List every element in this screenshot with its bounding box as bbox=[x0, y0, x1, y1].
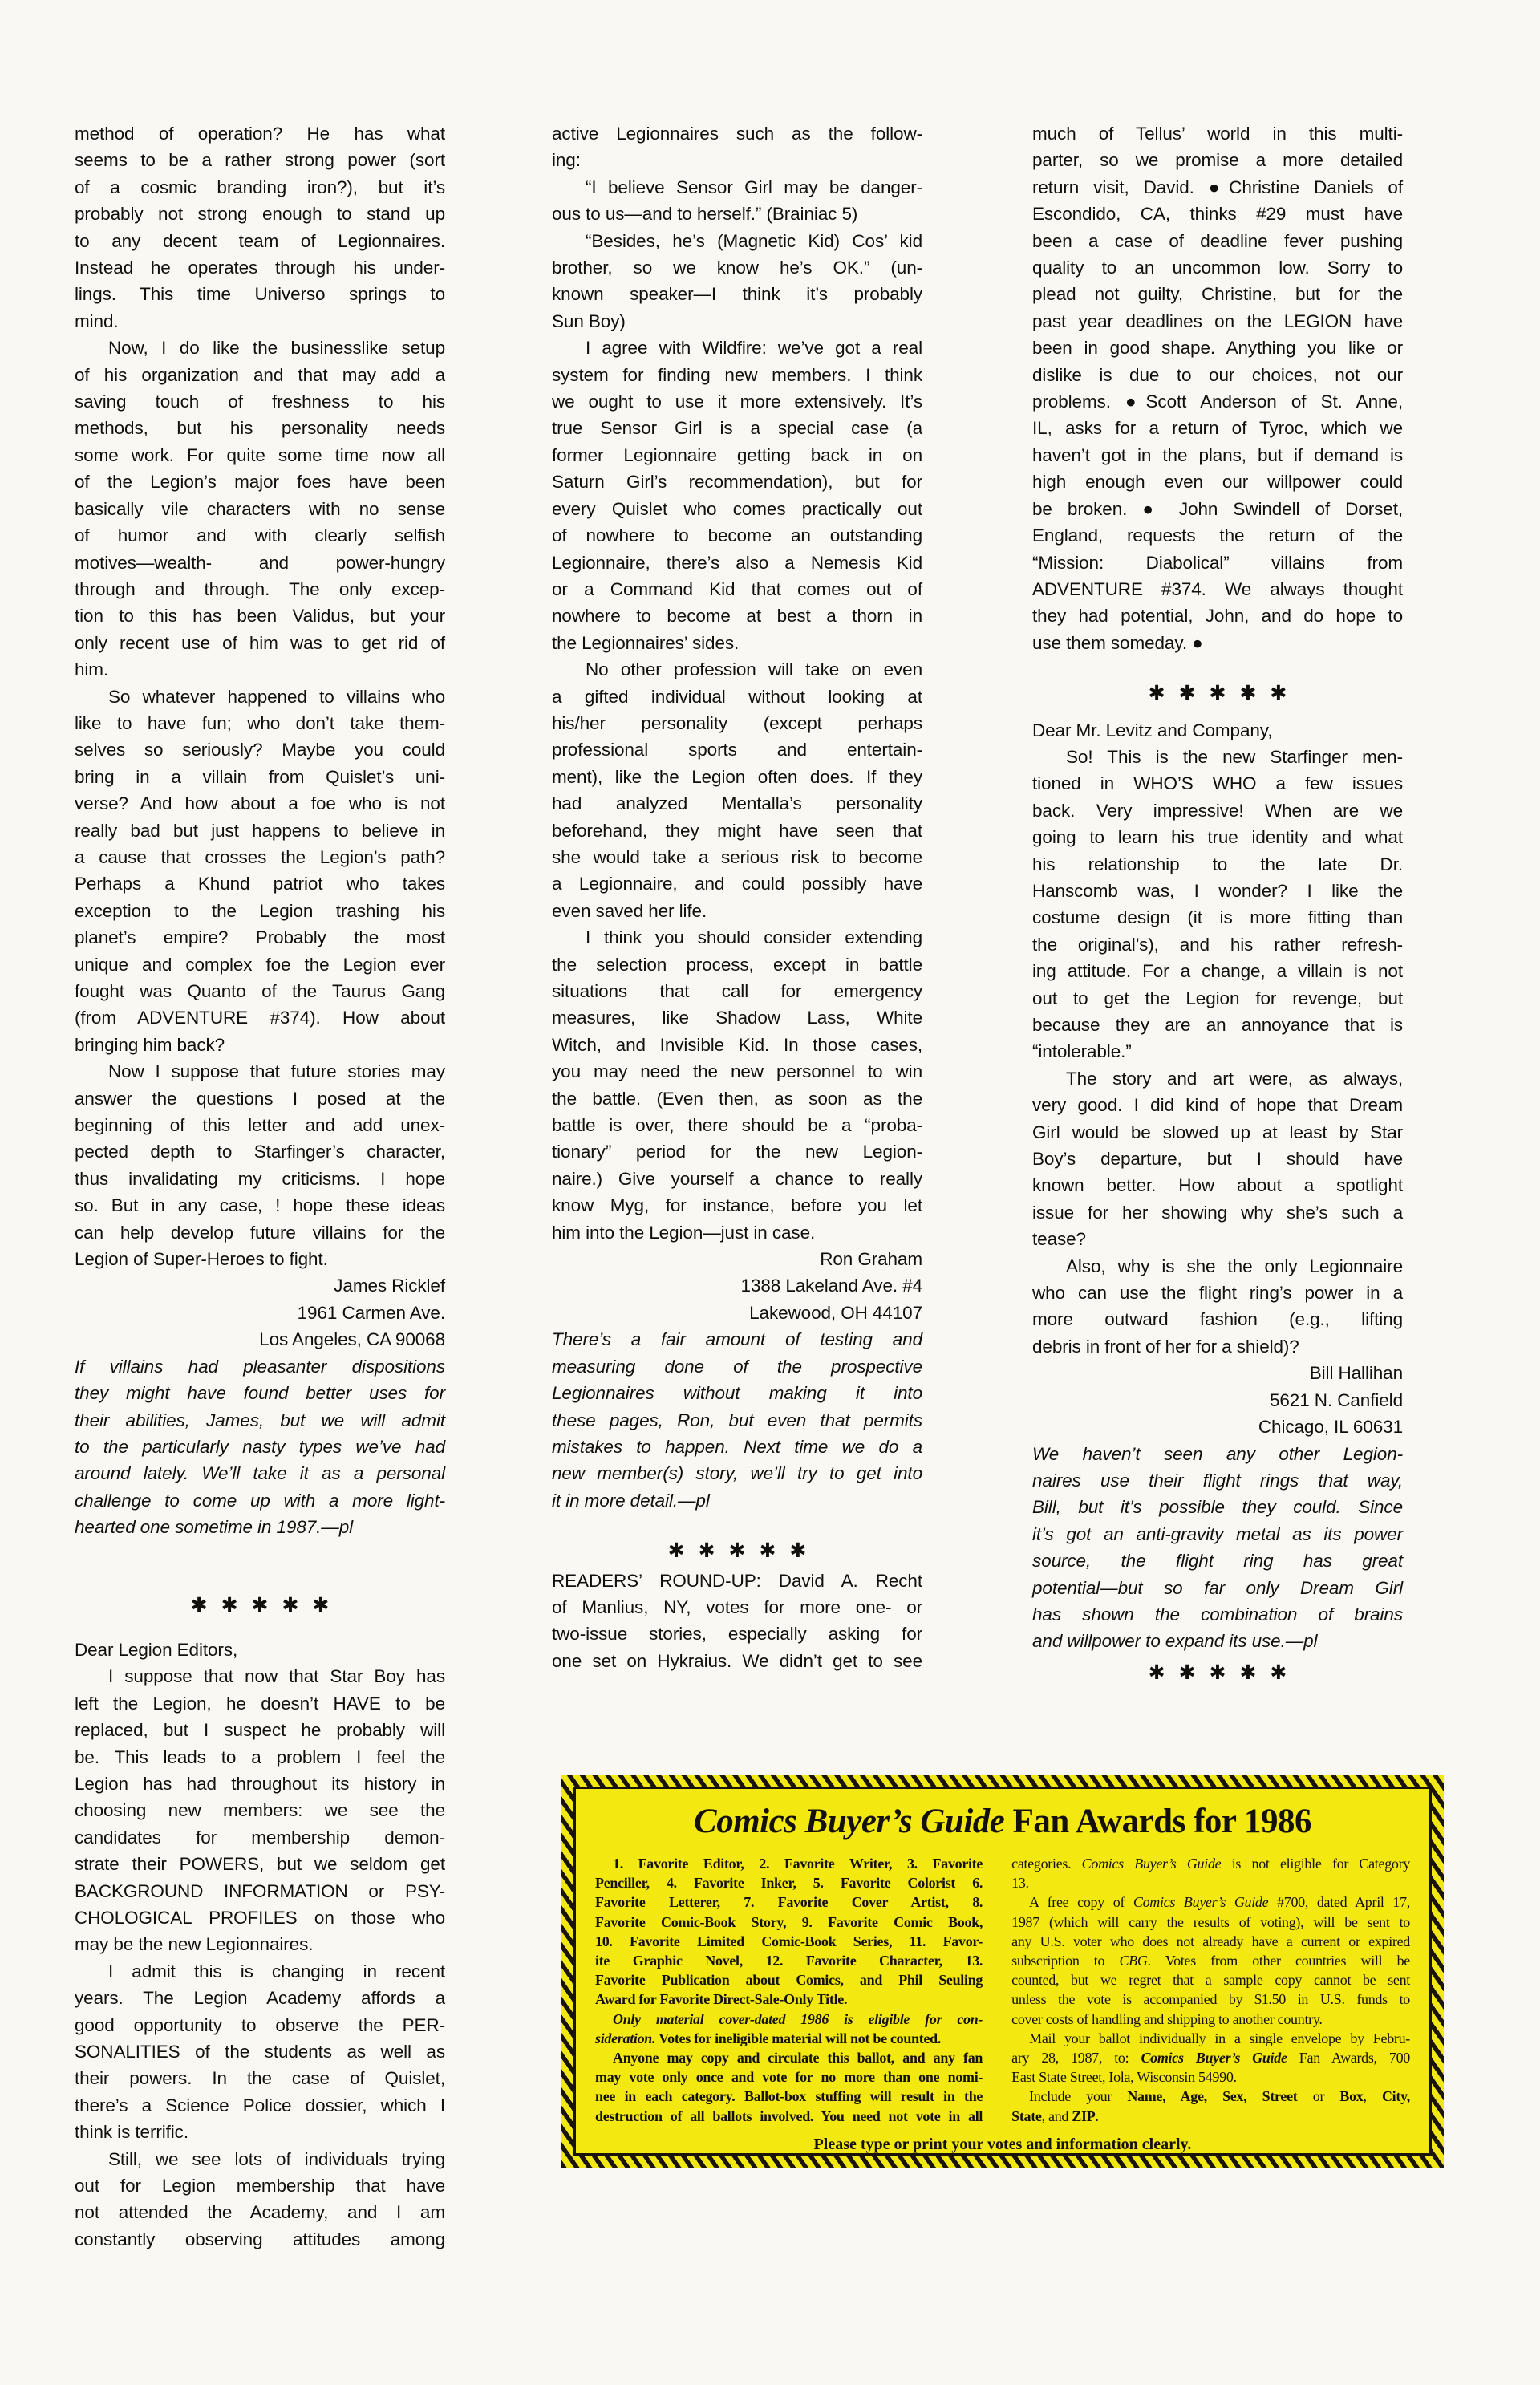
text-run: Fan Awards for 1986 bbox=[1004, 1803, 1311, 1840]
text-line: method of operation? He has what bbox=[75, 120, 445, 147]
text-line: past year deadlines on the LEGION have bbox=[1032, 308, 1403, 335]
text-line: I admit this is changing in recent bbox=[75, 1958, 445, 1985]
letter-paragraph: Now I suppose that future stories mayans… bbox=[75, 1058, 445, 1272]
text-line: methods, but his personality needs bbox=[75, 415, 445, 441]
text-line: may vote only once and vote for no more … bbox=[595, 2067, 983, 2087]
text-line: England, requests the return of the bbox=[1032, 522, 1403, 549]
text-line: ADVENTURE #374. We always thought bbox=[1032, 576, 1403, 602]
text-line: active Legionnaires such as the follow- bbox=[552, 120, 922, 147]
text-line: really bad but just happens to believe i… bbox=[75, 817, 445, 844]
text-line: READERS’ ROUND-UP: David A. Recht bbox=[552, 1568, 922, 1594]
text-line: 1987 (which will carry the results of vo… bbox=[1011, 1912, 1410, 1932]
text-line: CHOLOGICAL PROFILES on those who bbox=[75, 1904, 445, 1931]
text-line: sideration. Votes for ineligible materia… bbox=[595, 2029, 983, 2048]
text-line: saving touch of freshness to his bbox=[75, 388, 445, 415]
text-line: use them someday. ● bbox=[1032, 630, 1403, 656]
editor-reply: If villains had pleasanter dispositionst… bbox=[75, 1353, 445, 1541]
text-line: hearted one sometime in 1987.—pl bbox=[75, 1514, 445, 1540]
text-line: thus invalidating my criticisms. I hope bbox=[75, 1166, 445, 1192]
text-line: Saturn Girl’s recommendation), but for bbox=[552, 468, 922, 495]
text-line: 5621 N. Canfield bbox=[1032, 1387, 1403, 1414]
text-run: CBG bbox=[1119, 1953, 1147, 1969]
text-line: answer the questions I posed at the bbox=[75, 1085, 445, 1112]
text-line: may be the new Legionnaires. bbox=[75, 1931, 445, 1957]
text-line: had analyzed Mentalla’s personality bbox=[552, 790, 922, 817]
text-line: tionary” period for the new Legion- bbox=[552, 1138, 922, 1165]
text-line: “I believe Sensor Girl may be danger- bbox=[552, 174, 922, 201]
text-line: who can use the flight ring’s power in a bbox=[1032, 1280, 1403, 1306]
text-line: Include your Name, Age, Sex, Street or B… bbox=[1011, 2087, 1410, 2106]
text-line: any U.S. voter who does not already have… bbox=[1011, 1932, 1410, 1951]
text-line: ing attitude. For a change, a villain is… bbox=[1032, 958, 1403, 984]
text-line: every Quislet who comes practically out bbox=[552, 496, 922, 522]
text-line: So! This is the new Starfinger men- bbox=[1032, 744, 1403, 770]
text-line: out to get the Legion for revenge, but bbox=[1032, 985, 1403, 1012]
letter-paragraph: Also, why is she the only Legionnairewho… bbox=[1032, 1253, 1403, 1361]
spacer bbox=[75, 1619, 445, 1637]
text-line: much of Tellus’ world in this multi- bbox=[1032, 120, 1403, 147]
text-line: Hanscomb was, I wonder? I like the bbox=[1032, 878, 1403, 904]
spacer bbox=[1032, 708, 1403, 717]
text-line: I agree with Wildfire: we’ve got a real bbox=[552, 335, 922, 361]
text-line: bringing him back? bbox=[75, 1032, 445, 1058]
stars-separator: ✱✱✱✱✱ bbox=[1032, 1660, 1403, 1686]
text-line: one set on Hykraius. We didn’t get to se… bbox=[552, 1648, 922, 1674]
text-line: I suppose that now that Star Boy has bbox=[75, 1663, 445, 1689]
text-line: 1. Favorite Editor, 2. Favorite Writer, … bbox=[595, 1854, 983, 1873]
text-line: dislike is due to our choices, not our bbox=[1032, 362, 1403, 388]
spacer bbox=[1032, 656, 1403, 680]
text-run: Comics Buyer’s Guide bbox=[1141, 2050, 1287, 2066]
text-line: Penciller, 4. Favorite Inker, 5. Favorit… bbox=[595, 1873, 983, 1892]
letter-paragraph: Dear Mr. Levitz and Company, bbox=[1032, 717, 1403, 744]
text-line: it in more detail.—pl bbox=[552, 1487, 922, 1514]
text-line: Award for Favorite Direct-Sale-Only Titl… bbox=[595, 1990, 983, 2009]
text-line: very good. I did kind of hope that Dream bbox=[1032, 1092, 1403, 1118]
text-line: Favorite Comic-Book Story, 9. Favorite C… bbox=[595, 1912, 983, 1932]
text-line: quality to an uncommon low. Sorry to bbox=[1032, 254, 1403, 281]
text-line: there’s a Science Police dossier, which … bbox=[75, 2092, 445, 2119]
text-line: of humor and with clearly selfish bbox=[75, 522, 445, 549]
letter-paragraph: method of operation? He has whatseems to… bbox=[75, 120, 445, 335]
text-line: around lately. We’ll take it as a person… bbox=[75, 1460, 445, 1487]
text-line: professional sports and entertain- bbox=[552, 736, 922, 763]
text-run: , bbox=[1364, 2088, 1382, 2104]
text-line: the Legionnaires’ sides. bbox=[552, 630, 922, 656]
letters-column-3: much of Tellus’ world in this multi-part… bbox=[1032, 120, 1403, 1686]
text-line: Chicago, IL 60631 bbox=[1032, 1414, 1403, 1440]
text-line: Legionnaires without making it into bbox=[552, 1380, 922, 1406]
text-line: their abilities, James, but we will admi… bbox=[75, 1407, 445, 1434]
text-line: battle is over, there should be a “proba… bbox=[552, 1112, 922, 1138]
stars-separator: ✱✱✱✱✱ bbox=[1032, 680, 1403, 707]
text-line: new member(s) story, we’ll try to get in… bbox=[552, 1460, 922, 1487]
text-line: unique and complex foe the Legion ever bbox=[75, 951, 445, 978]
text-line: can help develop future villains for the bbox=[75, 1219, 445, 1246]
text-line: fought was Quanto of the Taurus Gang bbox=[75, 978, 445, 1004]
text-line: because they are an annoyance that is bbox=[1032, 1012, 1403, 1038]
text-line: Instead he operates through his under- bbox=[75, 254, 445, 281]
text-line: Perhaps a Khund patriot who takes bbox=[75, 870, 445, 897]
stars-separator: ✱✱✱✱✱ bbox=[552, 1538, 922, 1564]
letter-paragraph: So whatever happened to villains wholike… bbox=[75, 683, 445, 1059]
text-line: verse? And how about a foe who is not bbox=[75, 790, 445, 817]
text-run: . Votes from other countries will be bbox=[1148, 1953, 1410, 1969]
text-run: is not eligible for Category bbox=[1221, 1856, 1410, 1872]
signature-block: James Ricklef1961 Carmen Ave.Los Angeles… bbox=[75, 1272, 445, 1353]
text-line: a Legionnaire, and could possibly have bbox=[552, 870, 922, 897]
text-line: Bill, but it’s possible they could. Sinc… bbox=[1032, 1494, 1403, 1520]
text-line: Legionnaire, there’s also a Nemesis Kid bbox=[552, 550, 922, 576]
text-run: categories. bbox=[1011, 1856, 1082, 1872]
text-run: subscription to bbox=[1011, 1953, 1119, 1969]
text-line: his/her personality (except perhaps bbox=[552, 710, 922, 736]
text-line: be broken. ● John Swindell of Dorset, bbox=[1032, 496, 1403, 522]
text-line: some work. For quite some time now all bbox=[75, 442, 445, 468]
text-line: or a Command Kid that comes out of bbox=[552, 576, 922, 602]
text-line: planet’s empire? Probably the most bbox=[75, 924, 445, 951]
text-line: Girl would be slowed up at least by Star bbox=[1032, 1119, 1403, 1146]
text-line: 13. bbox=[1011, 1873, 1410, 1892]
letter-paragraph: READERS’ ROUND-UP: David A. Rechtof Manl… bbox=[552, 1568, 922, 1675]
letter-paragraph: Still, we see lots of individuals trying… bbox=[75, 2146, 445, 2253]
text-line: Bill Hallihan bbox=[1032, 1360, 1403, 1386]
text-line: it’s got an anti-gravity metal as its po… bbox=[1032, 1521, 1403, 1547]
text-run: Include your bbox=[1029, 2088, 1127, 2104]
editor-reply: There’s a fair amount of testing andmeas… bbox=[552, 1326, 922, 1514]
text-run: Comics Buyer’s Guide bbox=[694, 1803, 1004, 1840]
text-line: Sun Boy) bbox=[552, 308, 922, 335]
text-line: ing: bbox=[552, 147, 922, 173]
text-line: Los Angeles, CA 90068 bbox=[75, 1326, 445, 1353]
text-run: ary 28, 1987, to: bbox=[1011, 2050, 1141, 2066]
text-line: plead not guilty, Christine, but for the bbox=[1032, 281, 1403, 307]
text-line: IL, asks for a return of Tyroc, which we bbox=[1032, 415, 1403, 441]
text-line: BACKGROUND INFORMATION or PSY- bbox=[75, 1878, 445, 1904]
text-line: Still, we see lots of individuals trying bbox=[75, 2146, 445, 2172]
text-line: naire.) Give yourself a chance to really bbox=[552, 1166, 922, 1192]
text-line: ous to us—and to herself.” (Brainiac 5) bbox=[552, 201, 922, 227]
letter-paragraph: Dear Legion Editors, bbox=[75, 1637, 445, 1663]
text-line: think is terrific. bbox=[75, 2119, 445, 2145]
text-line: so. But in any case, ! hope these ideas bbox=[75, 1192, 445, 1219]
text-line: former Legionnaire getting back in on bbox=[552, 442, 922, 468]
letters-page: method of operation? He has whatseems to… bbox=[0, 0, 1540, 2385]
text-line: ment), like the Legion often does. If th… bbox=[552, 764, 922, 790]
text-run: ZIP bbox=[1072, 2108, 1095, 2124]
text-line: his relationship to the late Dr. bbox=[1032, 851, 1403, 878]
letter-paragraph: active Legionnaires such as the follow-i… bbox=[552, 120, 922, 174]
text-line: No other profession will take on even bbox=[552, 656, 922, 683]
text-line: mistakes to happen. Next time we do a bbox=[552, 1434, 922, 1460]
text-line: measuring done of the prospective bbox=[552, 1353, 922, 1380]
fan-awards-ad: Comics Buyer’s Guide Fan Awards for 1986… bbox=[561, 1775, 1444, 2168]
text-line: cover costs of handling and shipping to … bbox=[1011, 2010, 1410, 2029]
letter-paragraph: “I believe Sensor Girl may be danger-ous… bbox=[552, 174, 922, 228]
text-line: two-issue stories, especially asking for bbox=[552, 1620, 922, 1647]
text-line: Escondido, CA, thinks #29 must have bbox=[1032, 201, 1403, 227]
text-line: “Besides, he’s (Magnetic Kid) Cos’ kid bbox=[552, 228, 922, 254]
text-line: issue for her showing why she’s such a bbox=[1032, 1199, 1403, 1226]
text-line: known speaker—I think it’s probably bbox=[552, 281, 922, 307]
text-line: the selection process, except in battle bbox=[552, 951, 922, 978]
text-line: candidates for membership demon- bbox=[75, 1824, 445, 1851]
text-line: There’s a fair amount of testing and bbox=[552, 1326, 922, 1353]
text-line: unless the vote is accompanied by $1.50 … bbox=[1011, 1990, 1410, 2009]
ad-column-left: 1. Favorite Editor, 2. Favorite Writer, … bbox=[595, 1854, 983, 2126]
text-line: Also, why is she the only Legionnaire bbox=[1032, 1253, 1403, 1280]
text-line: Legion of Super-Heroes to fight. bbox=[75, 1246, 445, 1272]
text-line: categories. Comics Buyer’s Guide is not … bbox=[1011, 1854, 1410, 1873]
text-line: not attended the Academy, and I am bbox=[75, 2199, 445, 2225]
text-line: the battle. (Even then, as soon as the bbox=[552, 1085, 922, 1112]
text-run: #700, dated April 17, bbox=[1268, 1894, 1410, 1910]
text-line: 1388 Lakeland Ave. #4 bbox=[552, 1272, 922, 1299]
text-line: (from ADVENTURE #374). How about bbox=[75, 1004, 445, 1031]
text-line: So whatever happened to villains who bbox=[75, 683, 445, 710]
text-line: years. The Legion Academy affords a bbox=[75, 1985, 445, 2011]
letter-paragraph: I admit this is changing in recentyears.… bbox=[75, 1958, 445, 2146]
spacer bbox=[75, 1541, 445, 1592]
text-run: State bbox=[1011, 2108, 1042, 2124]
text-line: Mail your ballot individually in a singl… bbox=[1011, 2029, 1410, 2048]
text-line: Now I suppose that future stories may bbox=[75, 1058, 445, 1085]
text-line: If villains had pleasanter dispositions bbox=[75, 1353, 445, 1380]
text-line: source, the flight ring has great bbox=[1032, 1547, 1403, 1574]
text-line: 10. Favorite Limited Comic-Book Series, … bbox=[595, 1932, 983, 1951]
text-run: Fan Awards, 700 bbox=[1287, 2050, 1410, 2066]
text-line: Now, I do like the businesslike setup bbox=[75, 335, 445, 361]
text-line: him into the Legion—just in case. bbox=[552, 1219, 922, 1246]
text-run: City, bbox=[1382, 2088, 1410, 2104]
text-line: of a cosmic branding iron?), but it’s bbox=[75, 174, 445, 201]
text-line: only recent use of him was to get rid of bbox=[75, 630, 445, 656]
text-line: nee in each category. Ballot-box stuffin… bbox=[595, 2087, 983, 2106]
text-line: the original’s), and his rather refresh- bbox=[1032, 931, 1403, 958]
text-line: Favorite Publication about Comics, and P… bbox=[595, 1970, 983, 1990]
text-run: Box bbox=[1339, 2088, 1363, 2104]
text-line: strate their POWERS, but we seldom get bbox=[75, 1851, 445, 1877]
text-line: brother, so we know he’s OK.” (un- bbox=[552, 254, 922, 281]
text-run: or bbox=[1298, 2088, 1340, 2104]
text-line: a gifted individual without looking at bbox=[552, 683, 922, 710]
text-line: Legion has had throughout its history in bbox=[75, 1770, 445, 1797]
text-line: back. Very impressive! When are we bbox=[1032, 797, 1403, 824]
text-line: they might have found better uses for bbox=[75, 1380, 445, 1406]
text-line: of the Legion’s major foes have been bbox=[75, 468, 445, 495]
text-line: The story and art were, as always, bbox=[1032, 1065, 1403, 1092]
text-line: Witch, and Invisible Kid. In those cases… bbox=[552, 1032, 922, 1058]
text-line: good opportunity to observe the PER- bbox=[75, 2012, 445, 2038]
text-line: we ought to use it more extensively. It’… bbox=[552, 388, 922, 415]
ad-column-right: categories. Comics Buyer’s Guide is not … bbox=[1011, 1854, 1410, 2126]
text-line: measures, like Shadow Lass, White bbox=[552, 1004, 922, 1031]
text-line: true Sensor Girl is a special case (a bbox=[552, 415, 922, 441]
text-line: these pages, Ron, but even that permits bbox=[552, 1407, 922, 1434]
text-line: seems to be a rather strong power (sort bbox=[75, 147, 445, 173]
letters-column-2: active Legionnaires such as the follow-i… bbox=[552, 120, 922, 1674]
text-line: counted, but we regret that a sample cop… bbox=[1011, 1970, 1410, 1990]
text-line: to any decent team of Legionnaires. bbox=[75, 228, 445, 254]
text-run: Name, Age, Sex, Street bbox=[1127, 2088, 1297, 2104]
text-line: left the Legion, he doesn’t HAVE to be bbox=[75, 1690, 445, 1717]
text-line: potential—but so far only Dream Girl bbox=[1032, 1575, 1403, 1601]
letter-paragraph: I think you should consider extendingthe… bbox=[552, 924, 922, 1246]
text-line: going to learn his true identity and wha… bbox=[1032, 824, 1403, 850]
text-line: State, and ZIP. bbox=[1011, 2107, 1410, 2126]
text-line: be. This leads to a problem I feel the bbox=[75, 1744, 445, 1770]
text-line: situations that call for emergency bbox=[552, 978, 922, 1004]
text-line: bring in a villain from Quislet’s uni- bbox=[75, 764, 445, 790]
text-run: , and bbox=[1042, 2108, 1072, 2124]
letter-paragraph: I agree with Wildfire: we’ve got a reals… bbox=[552, 335, 922, 656]
spacer bbox=[552, 1514, 922, 1538]
text-line: James Ricklef bbox=[75, 1272, 445, 1299]
text-line: motives—wealth- and power-hungry bbox=[75, 550, 445, 576]
text-line: “intolerable.” bbox=[1032, 1038, 1403, 1065]
text-line: you may need the new personnel to win bbox=[552, 1058, 922, 1085]
letter-paragraph: The story and art were, as always,very g… bbox=[1032, 1065, 1403, 1253]
text-line: East State Street, Iola, Wisconsin 54990… bbox=[1011, 2067, 1410, 2087]
text-line: A free copy of Comics Buyer’s Guide #700… bbox=[1011, 1892, 1410, 1912]
text-line: beginning of this letter and add unex- bbox=[75, 1112, 445, 1138]
text-line: a cause that crosses the Legion’s path? bbox=[75, 844, 445, 870]
text-line: Lakewood, OH 44107 bbox=[552, 1300, 922, 1326]
text-line: challenge to come up with a more light- bbox=[75, 1487, 445, 1514]
ad-title: Comics Buyer’s Guide Fan Awards for 1986 bbox=[595, 1802, 1410, 1841]
text-line: debris in front of her for a shield)? bbox=[1032, 1333, 1403, 1360]
text-line: haven’t got in the plans, but if demand … bbox=[1032, 442, 1403, 468]
text-line: exception to the Legion trashing his bbox=[75, 898, 445, 924]
letters-column-1: method of operation? He has whatseems to… bbox=[75, 120, 445, 2253]
text-run: . bbox=[1095, 2108, 1098, 2124]
letter-paragraph: much of Tellus’ world in this multi-part… bbox=[1032, 120, 1403, 656]
text-run: A free copy of bbox=[1029, 1894, 1133, 1910]
text-line: pected depth to Starfinger’s character, bbox=[75, 1138, 445, 1165]
text-line: and willpower to expand its use.—pl bbox=[1032, 1628, 1403, 1654]
text-line: tion to this has been Validus, but your bbox=[75, 602, 445, 629]
letter-paragraph: Now, I do like the businesslike setupof … bbox=[75, 335, 445, 683]
text-line: ite Graphic Novel, 12. Favorite Characte… bbox=[595, 1951, 983, 1970]
text-line: through and through. The only excep- bbox=[75, 576, 445, 602]
ad-columns: 1. Favorite Editor, 2. Favorite Writer, … bbox=[595, 1854, 1410, 2126]
editor-reply: We haven’t seen any other Legion-naires … bbox=[1032, 1441, 1403, 1655]
text-line: more outward fashion (e.g., lifting bbox=[1032, 1306, 1403, 1332]
text-line: problems. ●Scott Anderson of St. Anne, bbox=[1032, 388, 1403, 415]
text-line: of nowhere to become an outstanding bbox=[552, 522, 922, 549]
text-line: system for finding new members. I think bbox=[552, 362, 922, 388]
stars-separator: ✱✱✱✱✱ bbox=[75, 1592, 445, 1619]
letter-paragraph: “Besides, he’s (Magnetic Kid) Cos’ kidbr… bbox=[552, 228, 922, 335]
text-line: We haven’t seen any other Legion- bbox=[1032, 1441, 1403, 1467]
text-line: she would take a serious risk to become bbox=[552, 844, 922, 870]
text-line: costume design (it is more fitting than bbox=[1032, 904, 1403, 931]
text-line: Only material cover-dated 1986 is eligib… bbox=[595, 2010, 983, 2029]
text-line: “Mission: Diabolical” villains from bbox=[1032, 550, 1403, 576]
ad-footer: Please type or print your votes and info… bbox=[595, 2136, 1410, 2154]
text-line: naires use their flight rings that way, bbox=[1032, 1467, 1403, 1494]
text-line: constantly observing attitudes among bbox=[75, 2226, 445, 2253]
text-line: been in good shape. Anything you like or bbox=[1032, 335, 1403, 361]
text-run: Comics Buyer’s Guide bbox=[1082, 1856, 1222, 1872]
text-line: him. bbox=[75, 656, 445, 683]
letter-paragraph: No other profession will take on evena g… bbox=[552, 656, 922, 924]
text-line: choosing new members: we see the bbox=[75, 1797, 445, 1823]
text-line: tease? bbox=[1032, 1226, 1403, 1252]
text-line: subscription to CBG. Votes from other co… bbox=[1011, 1951, 1410, 1970]
text-line: nowhere to become at best a thorn in bbox=[552, 602, 922, 629]
text-run: sideration. bbox=[595, 2030, 655, 2046]
text-line: Ron Graham bbox=[552, 1246, 922, 1272]
text-line: Anyone may copy and circulate this ballo… bbox=[595, 2048, 983, 2067]
text-run: Comics Buyer’s Guide bbox=[1133, 1894, 1268, 1910]
text-line: beforehand, they might have seen that bbox=[552, 817, 922, 844]
text-line: return visit, David. ●Christine Daniels … bbox=[1032, 174, 1403, 201]
text-line: replaced, but I suspect he probably will bbox=[75, 1717, 445, 1743]
text-line: know Myg, for instance, before you let bbox=[552, 1192, 922, 1219]
text-line: they had potential, John, and do hope to bbox=[1032, 602, 1403, 629]
signature-block: Ron Graham1388 Lakeland Ave. #4Lakewood,… bbox=[552, 1246, 922, 1326]
text-line: mind. bbox=[75, 308, 445, 335]
text-line: Dear Mr. Levitz and Company, bbox=[1032, 717, 1403, 744]
text-run: Votes for ineligible material will not b… bbox=[655, 2030, 941, 2046]
text-line: destruction of all ballots involved. You… bbox=[595, 2107, 983, 2126]
letter-paragraph: I suppose that now that Star Boy hasleft… bbox=[75, 1663, 445, 1957]
text-line: lings. This time Universo springs to bbox=[75, 281, 445, 307]
signature-block: Bill Hallihan5621 N. CanfieldChicago, IL… bbox=[1032, 1360, 1403, 1440]
text-line: of his organization and that may add a bbox=[75, 362, 445, 388]
text-line: high enough even our willpower could bbox=[1032, 468, 1403, 495]
text-line: ary 28, 1987, to: Comics Buyer’s Guide F… bbox=[1011, 2048, 1410, 2067]
text-line: like to have fun; who don’t take them- bbox=[75, 710, 445, 736]
text-line: out for Legion membership that have bbox=[75, 2172, 445, 2199]
text-line: their powers. In the case of Quislet, bbox=[75, 2065, 445, 2091]
text-line: SONALITIES of the students as well as bbox=[75, 2038, 445, 2065]
text-line: 1961 Carmen Ave. bbox=[75, 1300, 445, 1326]
fan-awards-ad-inner: Comics Buyer’s Guide Fan Awards for 1986… bbox=[573, 1787, 1432, 2156]
text-run: Only material cover-dated 1986 is eligib… bbox=[613, 2011, 983, 2027]
text-line: parter, so we promise a more detailed bbox=[1032, 147, 1403, 173]
text-line: Dear Legion Editors, bbox=[75, 1637, 445, 1663]
text-line: been a case of deadline fever pushing bbox=[1032, 228, 1403, 254]
text-line: tioned in WHO’S WHO a few issues bbox=[1032, 770, 1403, 797]
text-line: Favorite Letterer, 7. Favorite Cover Art… bbox=[595, 1892, 983, 1912]
text-line: selves so seriously? Maybe you could bbox=[75, 736, 445, 763]
text-line: of Manlius, NY, votes for more one- or bbox=[552, 1594, 922, 1620]
text-line: I think you should consider extending bbox=[552, 924, 922, 951]
text-line: known better. How about a spotlight bbox=[1032, 1172, 1403, 1199]
text-line: basically vile characters with no sense bbox=[75, 496, 445, 522]
letter-paragraph: So! This is the new Starfinger men-tione… bbox=[1032, 744, 1403, 1065]
text-line: to the particularly nasty types we’ve ha… bbox=[75, 1434, 445, 1460]
text-line: probably not strong enough to stand up bbox=[75, 201, 445, 227]
text-line: Boy’s departure, but I should have bbox=[1032, 1146, 1403, 1172]
text-line: even saved her life. bbox=[552, 898, 922, 924]
text-line: has shown the combination of brains bbox=[1032, 1601, 1403, 1628]
